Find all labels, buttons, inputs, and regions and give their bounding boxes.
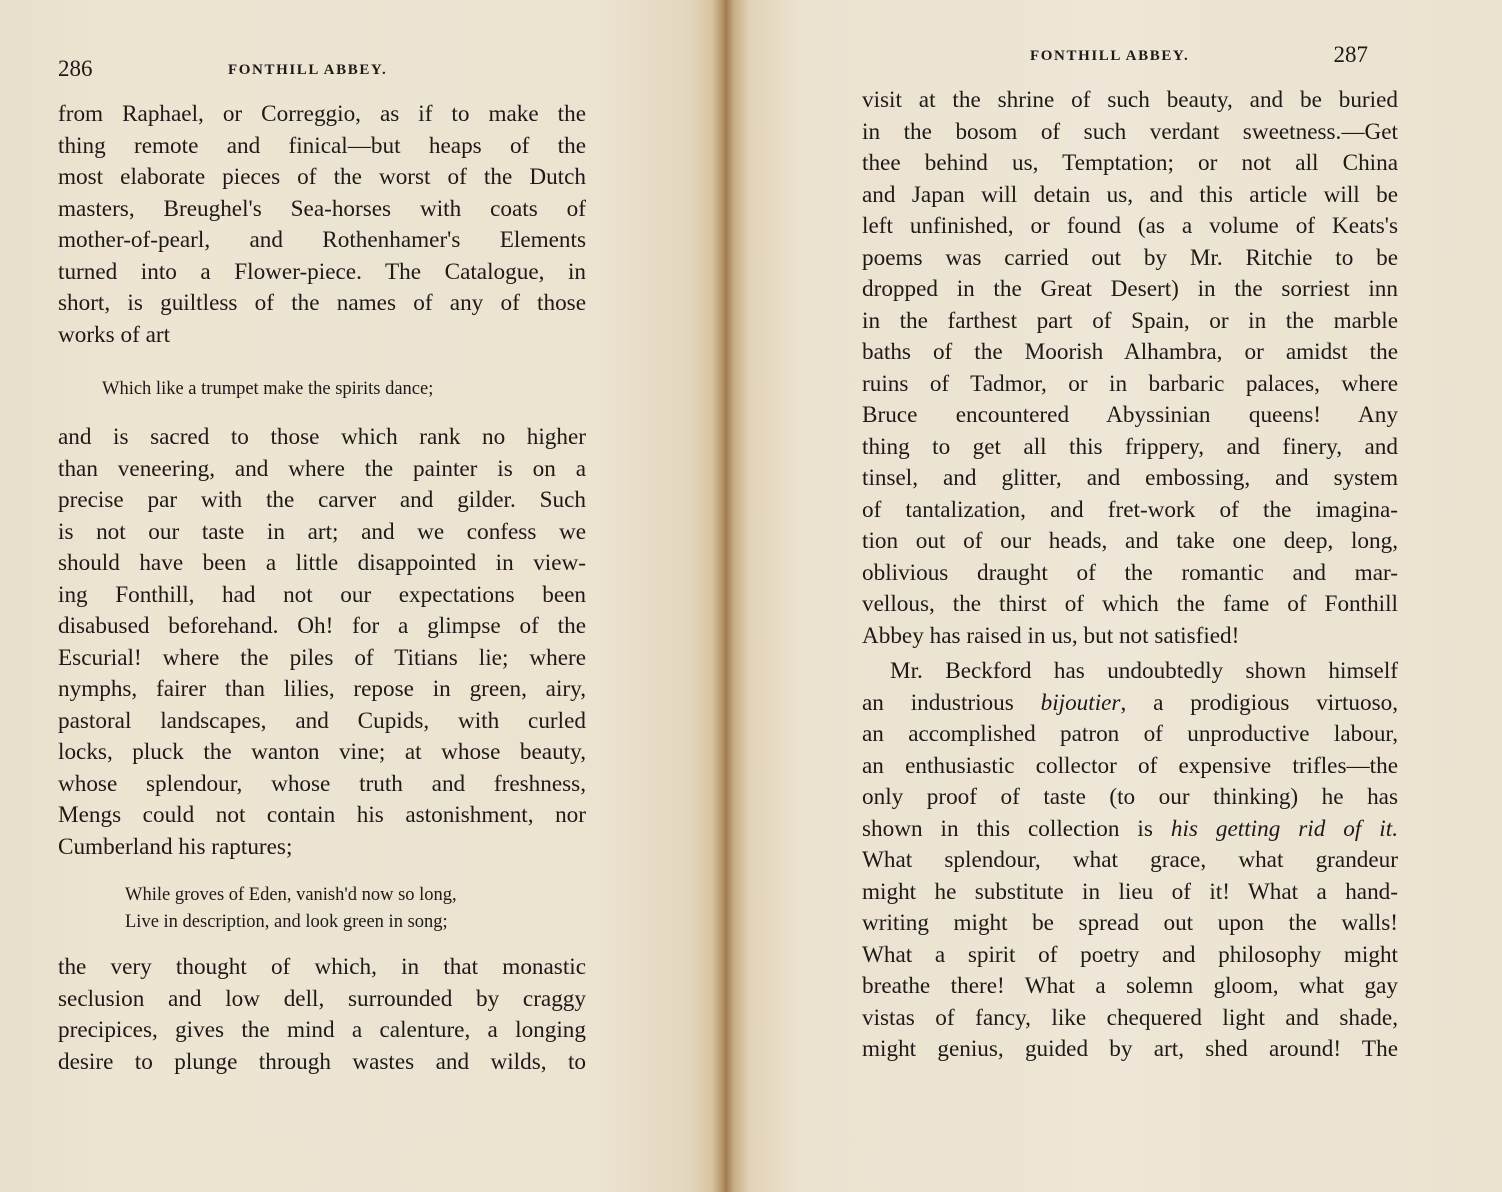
text-line: shown in this collection is his getting … — [862, 814, 1398, 846]
paragraph: the very thought of which, in that monas… — [58, 952, 586, 1078]
text-line: Mengs could not contain his astonishment… — [58, 800, 586, 832]
text-span: an industrious — [862, 690, 1041, 716]
text-line: an enthusiastic collector of expensive t… — [862, 751, 1398, 783]
text-line: turned into a Flower-piece. The Catalogu… — [58, 257, 586, 289]
text-line: desire to plunge through wastes and wild… — [58, 1047, 586, 1079]
text-line: disabused beforehand. Oh! for a glimpse … — [58, 611, 586, 643]
verse-line: Which like a trumpet make the spirits da… — [102, 376, 433, 403]
verse-line: Live in description, and look green in s… — [125, 909, 457, 936]
paragraph: and is sacred to those which rank no hig… — [58, 422, 586, 863]
text-line: locks, pluck the wanton vine; at whose b… — [58, 737, 586, 769]
text-line: in the bosom of such verdant sweetness.—… — [862, 117, 1398, 149]
text-line: tion out of our heads, and take one deep… — [862, 526, 1398, 558]
text-line: whose splendour, whose truth and freshne… — [58, 769, 586, 801]
text-line: poems was carried out by Mr. Ritchie to … — [862, 243, 1398, 275]
paragraph: from Raphael, or Correggio, as if to mak… — [58, 99, 586, 351]
text-line: seclusion and low dell, surrounded by cr… — [58, 984, 586, 1016]
text-line: What a spirit of poetry and philosophy m… — [862, 940, 1398, 972]
text-line: from Raphael, or Correggio, as if to mak… — [58, 99, 586, 131]
text-line: and is sacred to those which rank no hig… — [58, 422, 586, 454]
text-line: mother-of-pearl, and Rothenhamer's Eleme… — [58, 225, 586, 257]
running-title: FONTHILL ABBEY. — [1030, 48, 1189, 65]
text-line: only proof of taste (to our thinking) he… — [862, 782, 1398, 814]
text-line: masters, Breughel's Sea-horses with coat… — [58, 194, 586, 226]
verse-quote: While groves of Eden, vanish'd now so lo… — [125, 882, 457, 936]
text-line: pastoral landscapes, and Cupids, with cu… — [58, 706, 586, 738]
text-line: precise par with the carver and gilder. … — [58, 485, 586, 517]
text-line: in the farthest part of Spain, or in the… — [862, 306, 1398, 338]
italic-span: his getting rid of it. — [1171, 816, 1398, 842]
book-spread: 286 FONTHILL ABBEY. from Raphael, or Cor… — [0, 0, 1502, 1192]
text-line: might genius, guided by art, shed around… — [862, 1034, 1398, 1066]
text-line: baths of the Moorish Alhambra, or amidst… — [862, 337, 1398, 369]
text-line: precipices, gives the mind a calenture, … — [58, 1015, 586, 1047]
text-line: the very thought of which, in that monas… — [58, 952, 586, 984]
text-line: is not our taste in art; and we confess … — [58, 517, 586, 549]
text-line: works of art — [58, 320, 586, 352]
text-line: writing might be spread out upon the wal… — [862, 908, 1398, 940]
text-line: ing Fonthill, had not our expectations b… — [58, 580, 586, 612]
paragraph: visit at the shrine of such beauty, and … — [862, 85, 1398, 652]
text-line: ruins of Tadmor, or in barbaric palaces,… — [862, 369, 1398, 401]
text-line: than veneering, and where the painter is… — [58, 454, 586, 486]
text-line: left unfinished, or found (as a volume o… — [862, 211, 1398, 243]
left-page: 286 FONTHILL ABBEY. from Raphael, or Cor… — [0, 0, 720, 1192]
text-line: an industrious bijoutier, a prodigious v… — [862, 688, 1398, 720]
text-line: thing remote and finical—but heaps of th… — [58, 131, 586, 163]
right-page: FONTHILL ABBEY. 287 visit at the shrine … — [728, 0, 1502, 1192]
text-line: vistas of fancy, like chequered light an… — [862, 1003, 1398, 1035]
page-number: 287 — [1334, 42, 1369, 68]
text-line: What splendour, what grace, what grandeu… — [862, 845, 1398, 877]
text-line: Cumberland his raptures; — [58, 832, 586, 864]
verse-quote: Which like a trumpet make the spirits da… — [102, 376, 433, 403]
text-line: should have been a little disappointed i… — [58, 548, 586, 580]
text-line: of tantalization, and fret-work of the i… — [862, 495, 1398, 527]
text-line: short, is guiltless of the names of any … — [58, 288, 586, 320]
text-line: visit at the shrine of such beauty, and … — [862, 85, 1398, 117]
text-line: Mr. Beckford has undoubtedly shown himse… — [862, 656, 1398, 688]
running-title: FONTHILL ABBEY. — [228, 62, 387, 79]
text-line: tinsel, and glitter, and embossing, and … — [862, 463, 1398, 495]
text-line: Bruce encountered Abyssinian queens! Any — [862, 400, 1398, 432]
text-span: shown in this collection is — [862, 816, 1171, 842]
text-line: Escurial! where the piles of Titians lie… — [58, 643, 586, 675]
verse-line: While groves of Eden, vanish'd now so lo… — [125, 882, 457, 909]
text-line: vellous, the thirst of which the fame of… — [862, 589, 1398, 621]
text-line: oblivious draught of the romantic and ma… — [862, 558, 1398, 590]
text-line: an accomplished patron of unproductive l… — [862, 719, 1398, 751]
text-line: thing to get all this frippery, and fine… — [862, 432, 1398, 464]
text-line: might he substitute in lieu of it! What … — [862, 877, 1398, 909]
page-number: 286 — [58, 56, 93, 82]
text-line: Abbey has raised in us, but not satisfie… — [862, 621, 1398, 653]
paragraph: Mr. Beckford has undoubtedly shown himse… — [862, 656, 1398, 1066]
text-line: most elaborate pieces of the worst of th… — [58, 162, 586, 194]
text-span: , a prodigious virtuoso, — [1120, 690, 1398, 716]
text-line: and Japan will detain us, and this artic… — [862, 180, 1398, 212]
right-page-header: FONTHILL ABBEY. 287 — [862, 42, 1368, 72]
text-line: thee behind us, Temptation; or not all C… — [862, 148, 1398, 180]
text-line: nymphs, fairer than lilies, repose in gr… — [58, 674, 586, 706]
left-page-header: 286 FONTHILL ABBEY. — [58, 56, 586, 86]
italic-span: bijoutier — [1041, 690, 1121, 716]
text-line: dropped in the Great Desert) in the sorr… — [862, 274, 1398, 306]
text-line: breathe there! What a solemn gloom, what… — [862, 971, 1398, 1003]
